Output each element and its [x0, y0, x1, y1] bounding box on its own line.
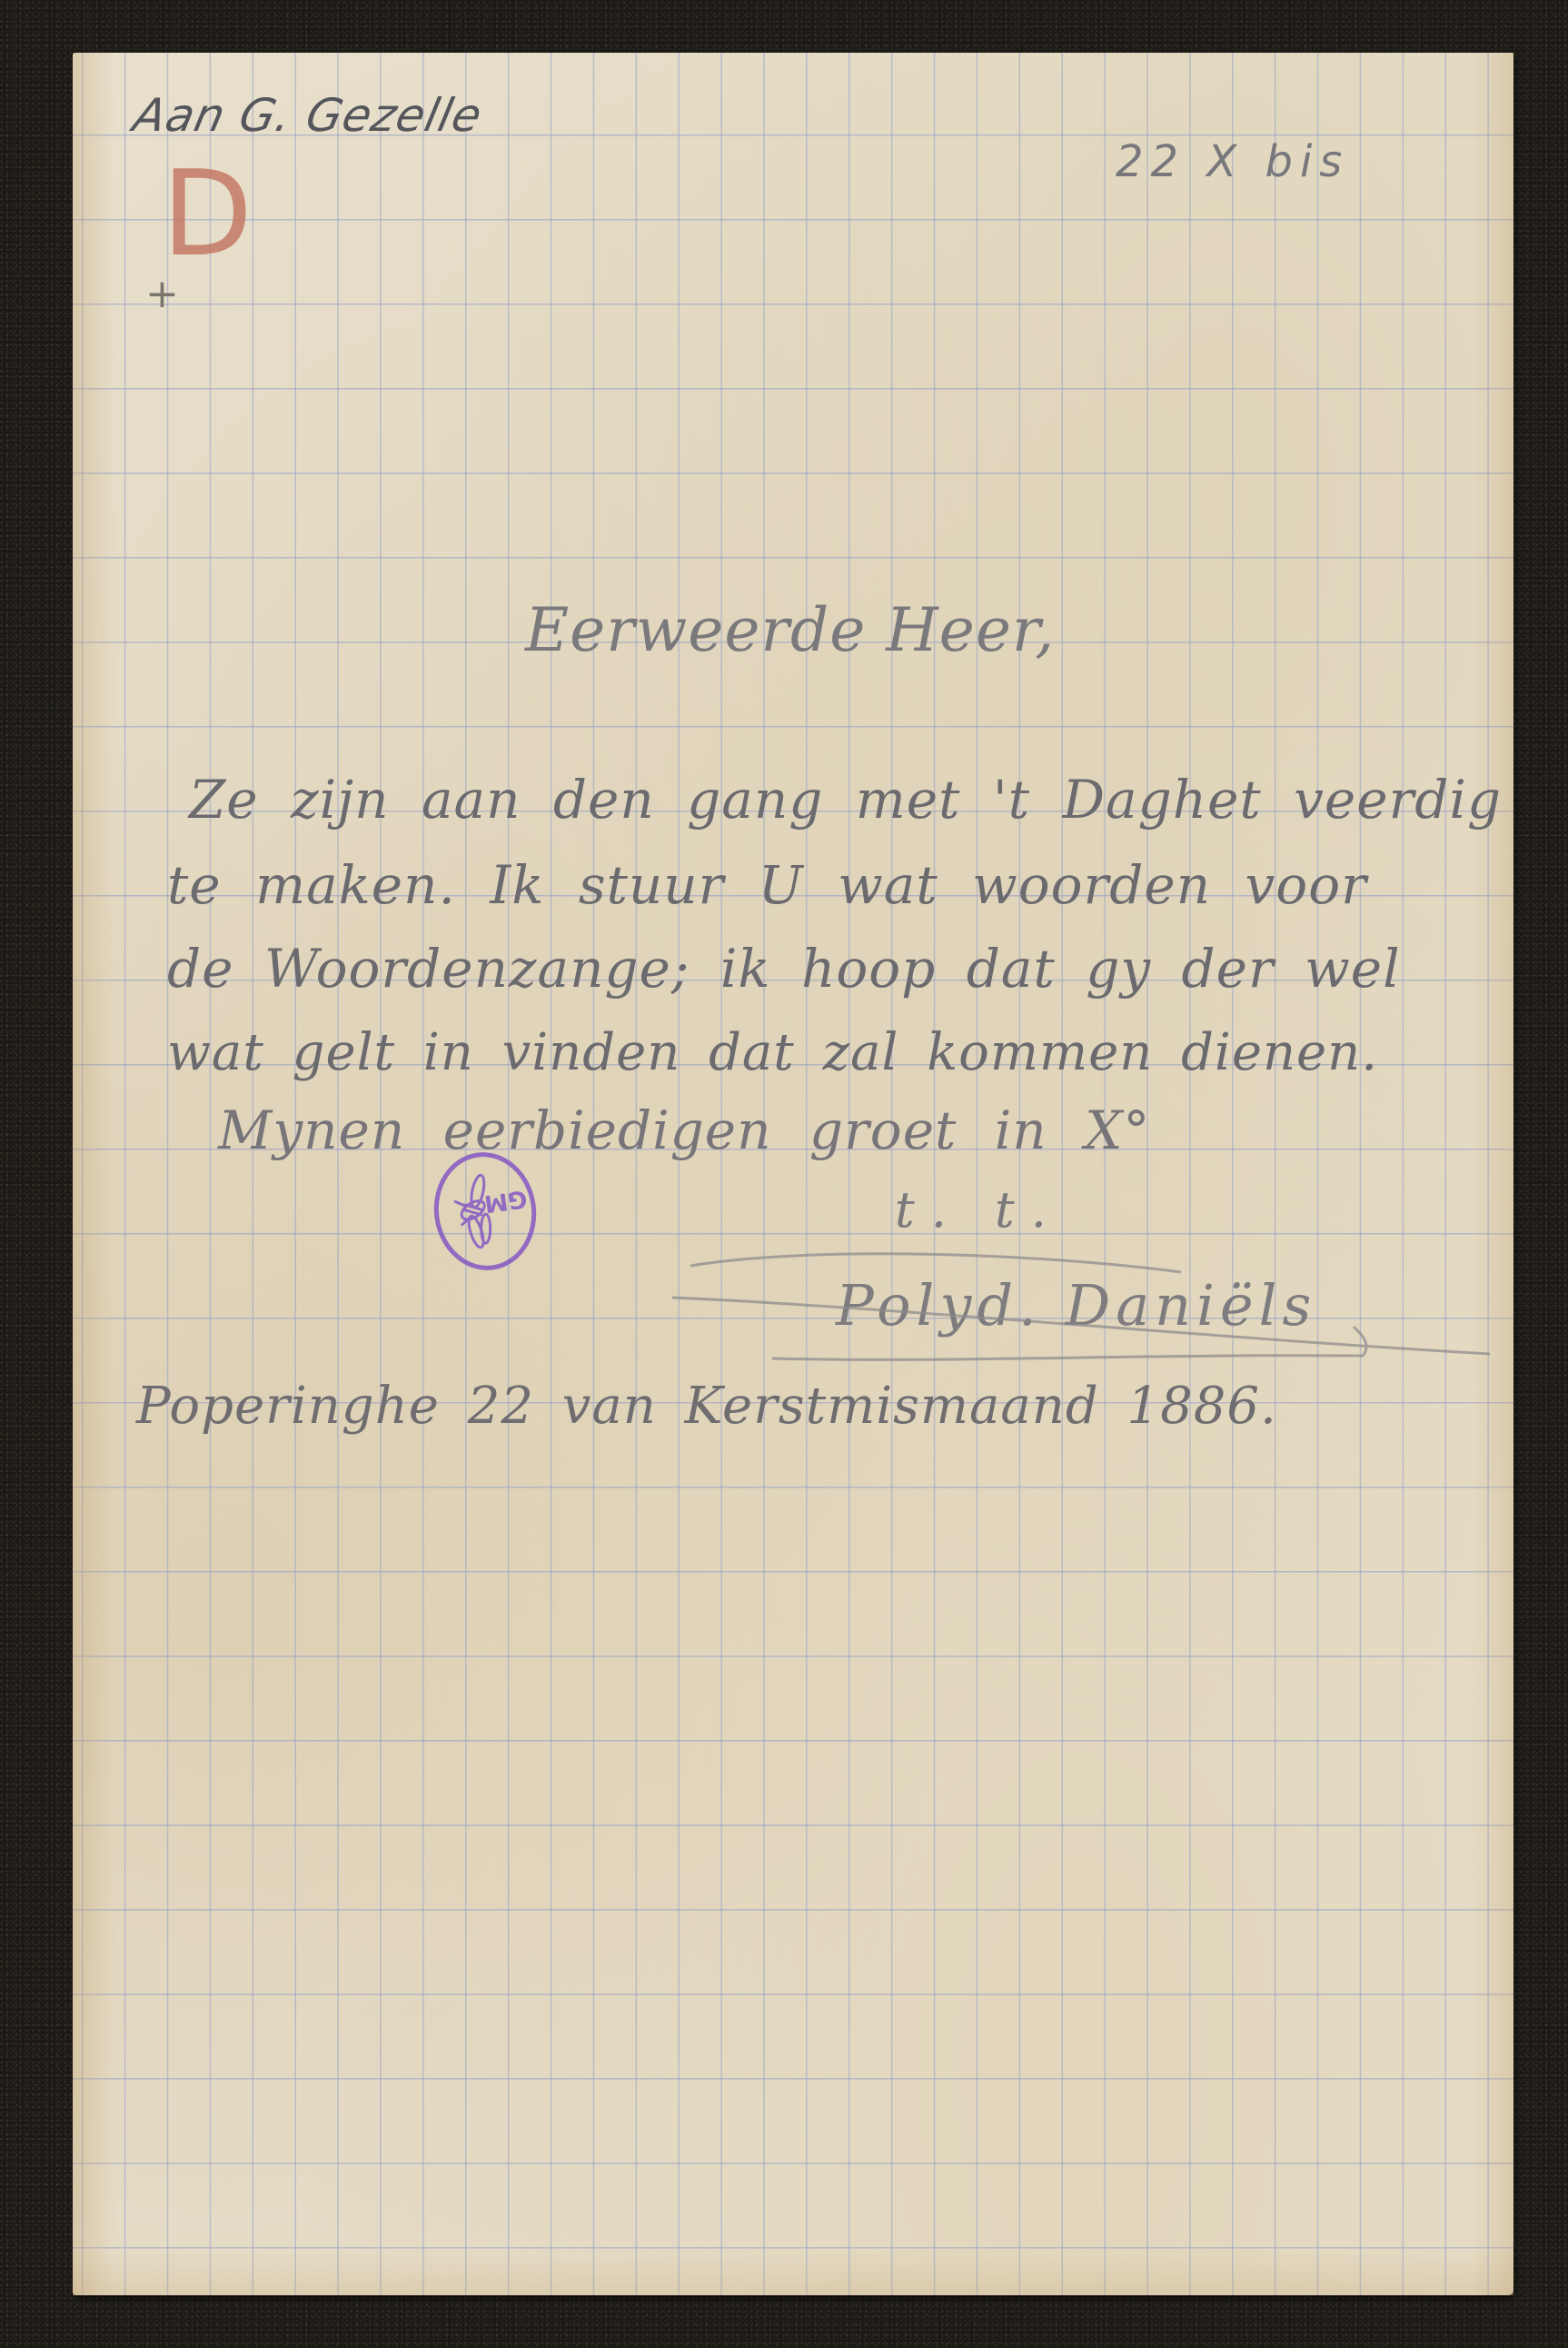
body-line-1: Ze zijn aan den gang met 't Daghet veerd… — [189, 769, 1502, 831]
cross-mark: + — [145, 271, 180, 317]
salutation: Eerweerde Heer, — [525, 595, 1055, 665]
body-line-3: de Woordenzange; ik hoop dat gy der wel — [167, 938, 1401, 1000]
dateline: Poperinghe 22 van Kerstmismaand 1886. — [136, 1377, 1277, 1436]
closing-line: Mynen eerbiedigen groet in X° — [218, 1099, 1150, 1161]
letter-page — [73, 53, 1513, 2295]
stamp-letters: GM — [482, 1186, 528, 1215]
archive-number: 22 X bis — [1116, 136, 1349, 187]
body-line-2: te maken. Ik stuur U wat woorden voor — [167, 854, 1367, 916]
closing-initials: t. t. — [895, 1181, 1063, 1239]
signature: Polyd. Daniëls — [836, 1272, 1316, 1338]
red-letter-mark: D — [162, 154, 253, 273]
body-line-4: wat gelt in vinden dat zal kommen dienen… — [167, 1023, 1378, 1082]
addressee-note: Aan G. Gezelle — [129, 89, 487, 142]
